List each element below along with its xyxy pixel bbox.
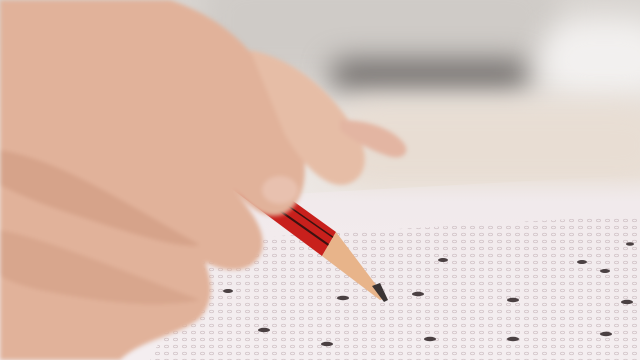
hand — [0, 0, 640, 360]
photo-scene: Close-up photo of a hand holding a red p… — [0, 0, 640, 360]
